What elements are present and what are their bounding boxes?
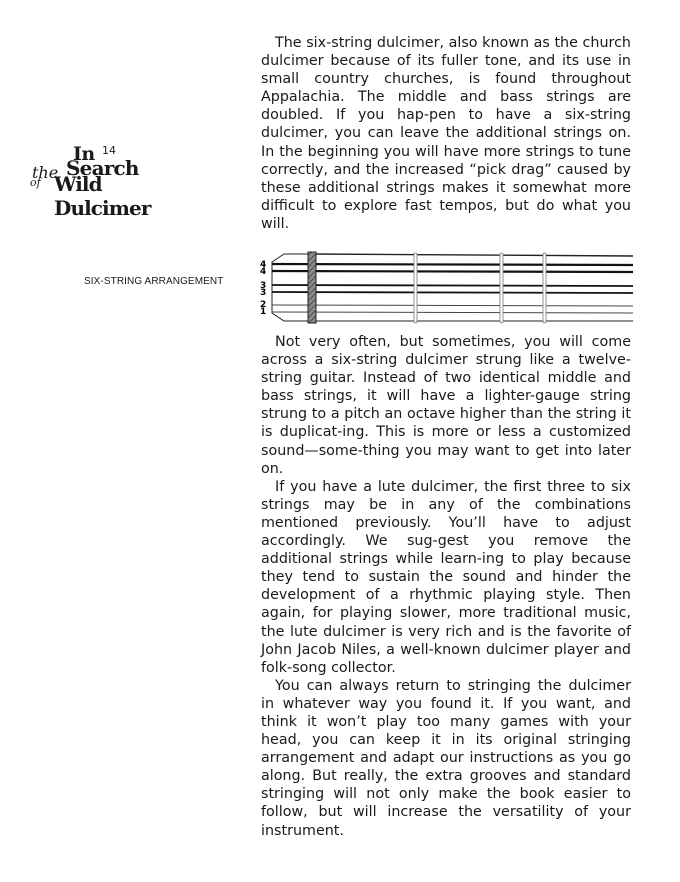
fretboard-icon: 4 4 3 3 2 1 <box>258 243 638 328</box>
figure-caption: SIX-STRING ARRANGEMENT <box>84 276 223 287</box>
svg-text:3: 3 <box>260 288 266 298</box>
paragraph-text: You can always return to stringing the d… <box>261 677 631 840</box>
paragraph-text: Not very often, but sometimes, you will … <box>261 333 631 478</box>
svg-text:4: 4 <box>260 267 266 277</box>
six-string-fretboard-diagram: 4 4 3 3 2 1 <box>258 243 638 328</box>
logo-wild-dulcimer: Wild Dulcimer <box>54 172 200 220</box>
paragraph-text: If you have a lute dulcimer, the first t… <box>261 478 631 677</box>
paragraph-2: Not very often, but sometimes, you will … <box>261 333 631 840</box>
svg-text:1: 1 <box>260 307 266 317</box>
book-title-logo: In 14 Search the of Wild Dulcimer <box>30 145 200 195</box>
paragraph-text: The six-string dulcimer, also known as t… <box>261 34 631 233</box>
paragraph-1: The six-string dulcimer, also known as t… <box>261 34 631 233</box>
logo-of: of <box>30 176 41 189</box>
